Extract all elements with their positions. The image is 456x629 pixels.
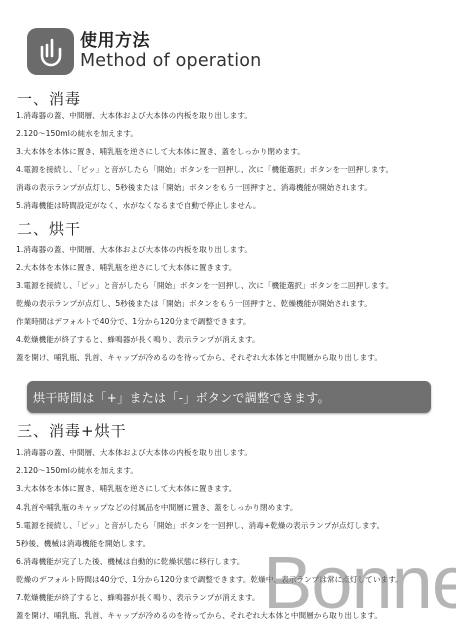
instruction-line: 1.消毒器の蓋、中間層、大本体および大本体の内板を取り出します。 <box>16 447 252 458</box>
instruction-line: 7.乾燥機能が終了すると、蜂鳴器が長く鳴り、表示ランプが消えます。 <box>16 592 260 603</box>
instruction-line: 2.120～150mlの純水を加えます。 <box>16 128 138 139</box>
instruction-line: 6.消毒機能が完了した後、機械は自動的に乾燥状態に移行します。 <box>16 556 244 567</box>
hand-icon <box>27 28 74 75</box>
instruction-line: 4.乳首や哺乳瓶のキャップなどの付属品を中間層に置き、蓋をしっかり閉めます。 <box>16 502 298 513</box>
header-titles: 使用方法 Method of operation <box>80 33 261 71</box>
instruction-line: 消毒の表示ランプが点灯し、5秒後または「開始」ボタンをもう一回押すと、消毒機能が… <box>16 182 372 193</box>
instruction-line: 蓋を開け、哺乳瓶、乳首、キャップが冷めるのを待ってから、それぞれ大本体と中間層か… <box>16 352 382 363</box>
banner-text: 烘干時間は「+」または「-」ボタンで調整できます。 <box>33 389 330 406</box>
instruction-line: 2.120～150mlの純水を加えます。 <box>16 465 138 476</box>
instruction-line: 3.大本体を本体に置き、哺乳瓶を逆さにして大本体に置き、蓋をしっかり閉めます。 <box>16 146 305 157</box>
instruction-line: 5.消毒機能は時間設定がなく、水がなくなるまで自動で停止しません。 <box>16 200 261 211</box>
instruction-line: 5.電源を接続し、「ピッ」と音がしたら「開始」ボタンを一回押し、消毒+乾燥の表示… <box>16 520 384 531</box>
instruction-line: 蓋を開け、哺乳瓶、乳首、キャップが冷めるのを待ってから、それぞれ大本体と中間層か… <box>16 610 382 621</box>
instruction-line: 作業時間はデフォルトで40分で、1分から120分まで調整できます。 <box>16 316 251 327</box>
instruction-line: 1.消毒器の蓋、中間層、大本体および大本体の内板を取り出します。 <box>16 110 252 121</box>
instruction-line: 乾燥のデフォルト時間は40分で、1分から120分まで調整できます。乾燥中、表示ラ… <box>16 574 403 585</box>
instruction-line: 4.電源を接続し、「ピッ」と音がしたら「開始」ボタンを一回押し、次に「機能選択」… <box>16 164 393 175</box>
instruction-line: 乾燥の表示ランプが点灯し、5秒後または「開始」ボタンをもう一回押すと、乾燥機能が… <box>16 298 372 309</box>
instruction-line: 3.電源を接続し、「ピッ」と音がしたら「開始」ボタンを一回押し、次に「機能選択」… <box>16 280 393 291</box>
instruction-line: 5秒後、機械は消毒機能を開始します。 <box>16 538 150 549</box>
drying-time-note-banner: 烘干時間は「+」または「-」ボタンで調整できます。 <box>27 381 431 413</box>
page-title-en: Method of operation <box>80 53 261 71</box>
instruction-line: 4.乾燥機能が終了すると、蜂鳴器が長く鳴り、表示ランプが消えます。 <box>16 334 260 345</box>
instruction-line: 2.大本体を本体に置き、哺乳瓶を逆さにして大本体に置きます。 <box>16 262 236 273</box>
section-heading-dry: 二、烘干 <box>17 218 81 239</box>
instruction-line: 3.大本体を本体に置き、哺乳瓶を逆さにして大本体に置きます。 <box>16 483 236 494</box>
page-header: 使用方法 Method of operation <box>27 28 261 75</box>
section-heading-sterilize-dry: 三、消毒+烘干 <box>17 420 127 441</box>
page-title-ja: 使用方法 <box>80 33 261 50</box>
section-heading-sterilize: 一、消毒 <box>17 88 81 109</box>
instruction-line: 1.消毒器の蓋、中間層、大本体および大本体の内板を取り出します。 <box>16 244 252 255</box>
